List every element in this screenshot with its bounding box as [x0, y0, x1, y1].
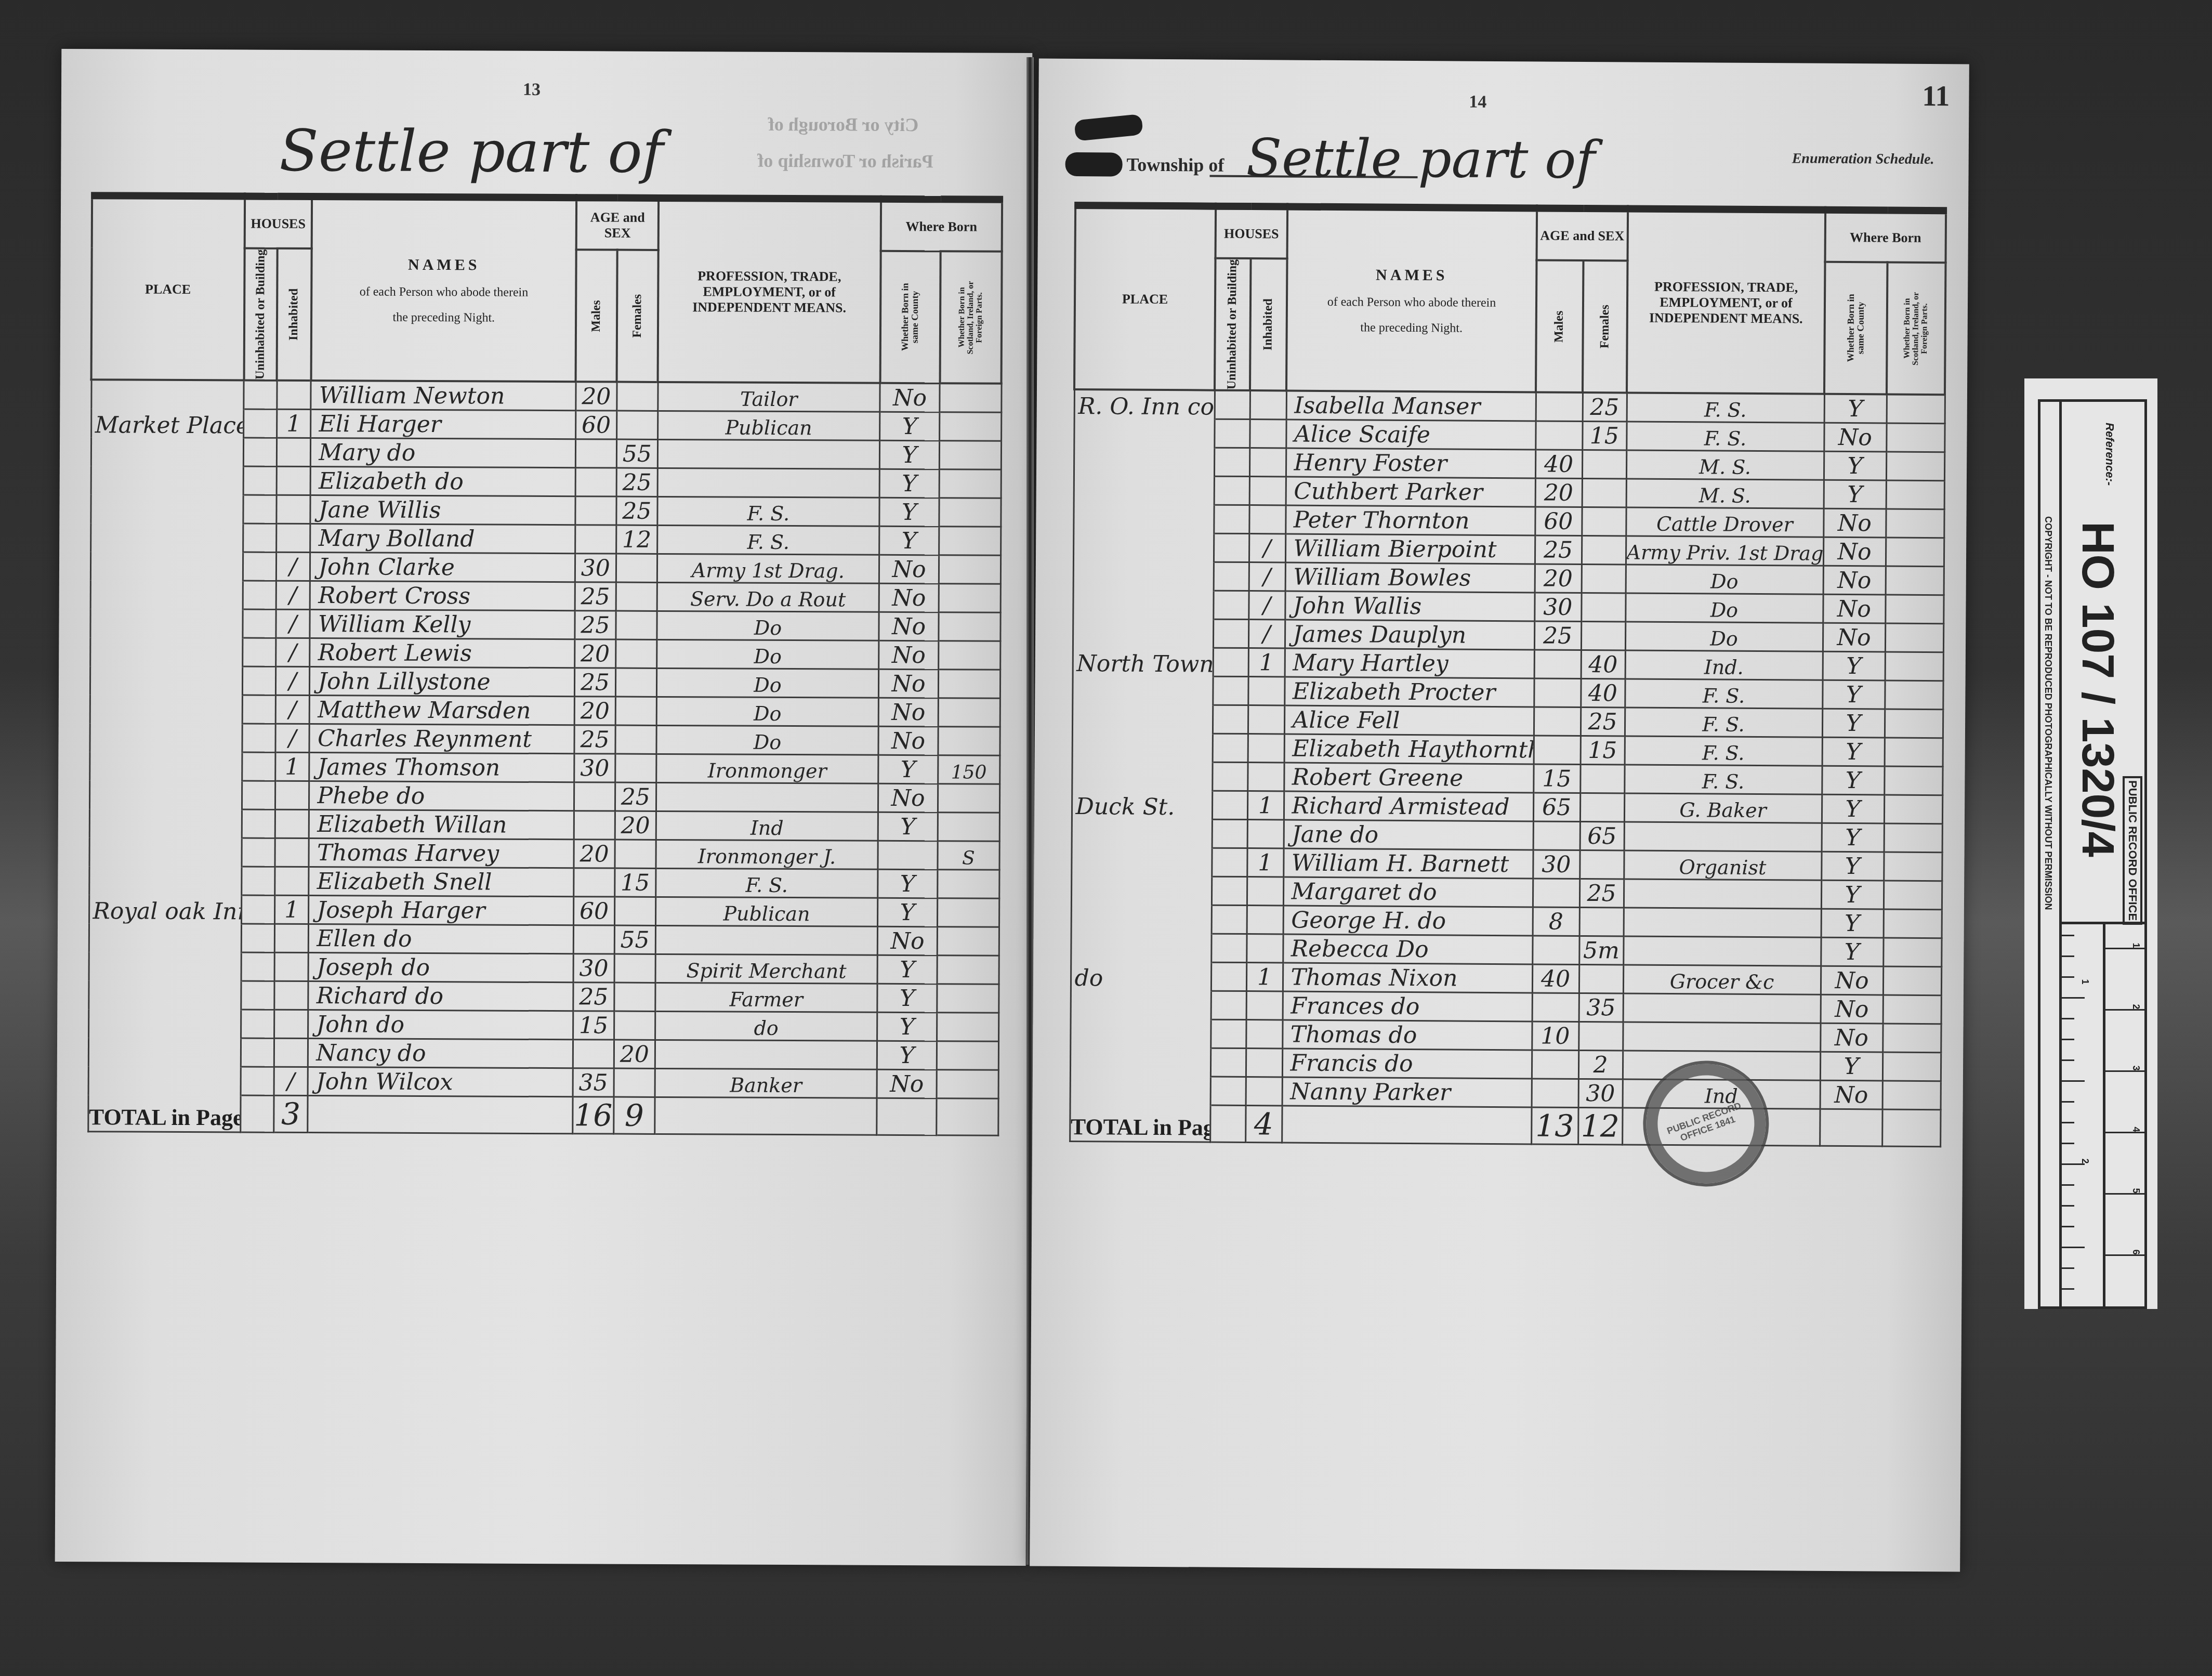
name-cell: Peter Thornton — [1285, 505, 1535, 535]
born-elsewhere-cell — [1885, 595, 1943, 624]
table-row: North Town End1Mary Hartley40Ind.Y — [1073, 647, 1943, 681]
scale-tick — [2061, 1267, 2074, 1269]
born-elsewhere-cell — [1884, 909, 1942, 938]
place-cell — [89, 866, 242, 895]
table-row: Jane do65Y — [1072, 819, 1942, 853]
profession-cell: F. S. — [1625, 708, 1822, 737]
males-cell: 20 — [1535, 564, 1582, 593]
inhabited-cell — [1248, 734, 1284, 763]
table-row: Elizabeth Procter40F. S.Y — [1072, 676, 1943, 710]
males-cell: 20 — [574, 840, 615, 868]
inhabited-cell: / — [275, 667, 310, 696]
inhabited-cell — [1248, 677, 1284, 705]
born-elsewhere-cell — [1885, 680, 1943, 710]
inhabited-cell — [276, 438, 311, 467]
table-row: Elizabeth do25Y — [91, 466, 1001, 499]
females-cell — [616, 611, 657, 639]
inhabited-cell: 1 — [1247, 791, 1284, 820]
born-elsewhere-cell — [1882, 1024, 1941, 1053]
born-county-cell: Y — [1822, 766, 1884, 795]
uninhabited-cell — [1212, 876, 1247, 905]
males-cell — [573, 1040, 614, 1068]
total-uninhabited — [241, 1095, 274, 1132]
females-cell — [616, 639, 657, 668]
header-born-county: Whether Born in same County — [880, 251, 940, 384]
born-county-cell: Y — [1822, 680, 1885, 710]
place-cell — [1071, 847, 1212, 877]
born-elsewhere-cell — [939, 584, 1000, 613]
females-cell — [1579, 965, 1623, 994]
left-page: 13 Settle part of City or Borough of Par… — [55, 49, 1033, 1566]
males-cell — [575, 439, 616, 468]
born-county-cell: Y — [877, 955, 937, 985]
redaction-mark — [1065, 152, 1122, 177]
uninhabited-cell — [1210, 1019, 1246, 1048]
males-cell: 25 — [575, 611, 616, 639]
born-elsewhere-cell — [1886, 423, 1944, 452]
place-cell — [1072, 704, 1213, 734]
born-elsewhere-cell — [1886, 538, 1944, 567]
table-row: Thomas do10No — [1070, 1019, 1941, 1053]
name-cell: Charles Reynment — [309, 724, 574, 754]
name-cell: William Bierpoint — [1285, 534, 1535, 564]
scale-tick — [2061, 1247, 2085, 1248]
schedule-label: Enumeration Schedule. — [1792, 150, 1934, 168]
table-row: Frances do35No — [1071, 990, 1941, 1024]
males-cell: 20 — [576, 382, 617, 411]
scale-tick — [2061, 1039, 2074, 1040]
born-county-cell: No — [1821, 966, 1883, 996]
profession-cell — [657, 468, 880, 498]
born-county-cell: Y — [1824, 480, 1886, 509]
header-place: PLACE — [91, 195, 245, 381]
table-row: Jane Willis25F. S.Y — [90, 494, 1000, 527]
scale-cm-label: 3 — [2130, 1065, 2141, 1070]
inhabited-cell: / — [1248, 591, 1285, 620]
males-cell: 25 — [574, 668, 615, 697]
uninhabited-cell — [244, 409, 277, 438]
copyright-notice: COPYRIGHT - NOT TO BE REPRODUCED PHOTOGR… — [2043, 516, 2053, 910]
place-cell — [91, 380, 244, 410]
born-county-cell: No — [879, 555, 939, 584]
table-row: Elizabeth Haythornthwaite15F. S.Y — [1072, 733, 1943, 767]
table-row: 1William H. Barnett30OrganistY — [1071, 847, 1942, 881]
page-number: 13 — [523, 80, 541, 100]
profession-cell: Ironmonger J. — [656, 840, 878, 870]
born-elsewhere-cell — [939, 555, 1000, 584]
place-cell — [89, 723, 242, 752]
profession-cell: F. S. — [657, 526, 879, 555]
profession-cell — [1624, 822, 1822, 852]
males-cell — [1533, 821, 1580, 850]
name-cell: William H. Barnett — [1283, 848, 1533, 879]
header-males: Males — [576, 250, 617, 382]
males-cell — [1534, 707, 1581, 736]
males-cell: 60 — [576, 411, 617, 439]
inhabited-cell: / — [276, 553, 310, 581]
uninhabited-cell — [1214, 505, 1249, 533]
table-row: /Robert Lewis20DoNo — [90, 637, 1000, 670]
males-cell: 60 — [1535, 507, 1582, 536]
males-cell — [574, 811, 615, 840]
folio-number: 11 — [1922, 80, 1950, 113]
males-cell: 30 — [573, 954, 614, 983]
born-county-cell: No — [879, 641, 939, 670]
males-cell — [1536, 392, 1583, 422]
males-cell: 40 — [1535, 450, 1582, 479]
born-elsewhere-cell — [1884, 766, 1942, 795]
born-county-cell: Y — [1822, 823, 1884, 853]
name-cell: Francis do — [1282, 1049, 1532, 1079]
born-county-cell: Y — [877, 1013, 937, 1042]
born-elsewhere-cell — [939, 612, 1000, 641]
males-cell — [1534, 650, 1581, 679]
profession-cell: do — [655, 1012, 877, 1041]
header-where-born: Where Born — [1825, 210, 1946, 263]
name-cell: Robert Greene — [1284, 763, 1533, 793]
name-cell: Margaret do — [1283, 877, 1533, 907]
born-elsewhere-cell — [938, 784, 1000, 813]
males-cell: 30 — [574, 754, 615, 782]
profession-cell: Ind — [656, 811, 878, 841]
scale-tick — [2061, 955, 2074, 957]
inhabited-cell: 1 — [1247, 848, 1283, 877]
scale-tick — [2061, 1143, 2074, 1144]
name-cell: Thomas Harvey — [309, 839, 574, 868]
males-cell: 25 — [573, 983, 614, 1011]
born-county-cell: Y — [879, 498, 939, 527]
name-cell: Alice Scaife — [1286, 420, 1535, 450]
uninhabited-cell — [243, 552, 276, 581]
born-elsewhere-cell — [1883, 938, 1941, 967]
table-row: /William Kelly25DoNo — [90, 609, 1000, 641]
scale-tick — [2061, 1288, 2074, 1290]
name-cell: Eli Harger — [311, 410, 576, 439]
scale-tick — [2061, 1101, 2074, 1103]
name-cell: John do — [308, 1010, 573, 1040]
header-females: Females — [1583, 260, 1628, 393]
names-subtitle: of each Person who abode therein — [1288, 295, 1535, 310]
scale-tick — [2061, 1018, 2074, 1019]
uninhabited-cell — [1213, 676, 1248, 705]
table-row: Richard do25FarmerY — [88, 980, 998, 1013]
table-row: Royal oak Inn1Joseph Harger60PublicanY — [89, 895, 999, 927]
total-row: TOTAL in Page 1441312 — [1070, 1105, 1940, 1147]
table-row: /William Bowles20DoNo — [1073, 561, 1944, 595]
names-title: NAMES — [1288, 266, 1535, 285]
born-county-cell: Y — [878, 870, 938, 899]
born-county-cell: No — [1823, 566, 1886, 595]
born-elsewhere-cell: 150 — [938, 755, 1000, 784]
profession-cell: Army 1st Drag. — [657, 554, 879, 584]
inhabited-cell — [277, 381, 311, 410]
place-cell — [1073, 504, 1214, 534]
uninhabited-cell — [1214, 562, 1249, 591]
names-subtitle: the preceding Night. — [1288, 320, 1535, 336]
born-elsewhere-cell — [1884, 823, 1942, 853]
name-cell: William Bowles — [1285, 562, 1535, 593]
inhabited-cell — [1249, 448, 1286, 477]
born-county-cell: Y — [1824, 394, 1887, 423]
born-elsewhere-cell — [1885, 623, 1943, 652]
born-county-cell: Y — [880, 412, 940, 441]
uninhabited-cell — [243, 495, 276, 523]
females-cell — [1578, 1022, 1623, 1051]
females-cell — [1580, 793, 1624, 822]
name-cell: John Clarke — [310, 553, 575, 582]
reference-card-frame: Reference:- HO 107 / 1320/4 PUBLIC RECOR… — [2038, 399, 2147, 1309]
uninhabited-cell — [243, 466, 276, 495]
born-elsewhere-cell — [938, 870, 999, 899]
females-cell: 35 — [1579, 993, 1623, 1023]
table-row: Alice Scaife15F. S.No — [1074, 418, 1944, 452]
header-names: NAMES of each Person who abode therein t… — [311, 197, 577, 382]
profession-cell — [1623, 1022, 1820, 1052]
females-cell — [615, 754, 656, 782]
born-county-cell: Y — [1822, 795, 1884, 824]
name-cell: Henry Foster — [1286, 448, 1535, 478]
place-cell — [1073, 619, 1213, 648]
place-cell — [89, 809, 242, 838]
profession-cell — [1624, 908, 1821, 937]
table-row: Duck St.1Richard Armistead65G. BakerY — [1072, 790, 1942, 824]
born-elsewhere-cell — [1886, 480, 1944, 509]
total-males: 16 — [573, 1097, 614, 1134]
males-cell — [573, 925, 614, 954]
uninhabited-cell — [242, 838, 275, 867]
males-cell — [575, 525, 616, 554]
inhabited-cell — [274, 867, 309, 896]
inhabited-cell: / — [1249, 534, 1285, 562]
males-cell: 20 — [574, 697, 615, 725]
header-houses: HOUSES — [1216, 206, 1288, 259]
uninhabited-cell — [1211, 962, 1246, 991]
scale-inch-label: 2 — [2079, 1158, 2090, 1163]
born-county-cell: No — [878, 670, 938, 699]
inhabited-cell: / — [275, 638, 310, 667]
uninhabited-cell — [241, 1010, 274, 1038]
males-cell: 60 — [573, 897, 614, 925]
uninhabited-cell — [241, 924, 274, 952]
scale-tick — [2061, 1226, 2074, 1227]
males-cell — [1532, 1079, 1578, 1108]
name-cell: Alice Fell — [1284, 705, 1534, 736]
total-born-county — [1820, 1109, 1882, 1147]
name-cell: Elizabeth Procter — [1284, 677, 1534, 707]
uninhabited-cell — [1213, 591, 1248, 619]
born-county-cell: No — [1823, 509, 1886, 538]
born-elsewhere-cell — [938, 813, 999, 842]
inhabited-cell — [1249, 505, 1285, 534]
females-cell: 5m — [1579, 936, 1623, 965]
males-cell: 25 — [574, 725, 615, 754]
bleed-through-text: City or Borough of — [768, 113, 919, 136]
place-cell — [1072, 762, 1212, 791]
profession-cell: Do — [1626, 565, 1823, 594]
inhabited-cell — [1247, 906, 1283, 934]
table-row: Peter Thornton60Cattle DroverNo — [1073, 504, 1944, 538]
females-cell: 25 — [1583, 392, 1627, 422]
uninhabited-cell — [1211, 991, 1246, 1019]
total-label: TOTAL in Page 14 — [1070, 1105, 1210, 1143]
total-females: 9 — [614, 1097, 655, 1134]
total-inhabited: 4 — [1245, 1106, 1282, 1143]
header-uninhabited: Uninhabited or Building — [244, 248, 278, 381]
place-cell: Market Place Naked Man Inn. — [91, 409, 244, 438]
place-cell: Duck St. — [1072, 790, 1212, 820]
females-cell: 20 — [614, 1040, 655, 1068]
total-females: 12 — [1578, 1108, 1622, 1145]
name-cell: Richard do — [308, 981, 573, 1011]
place-cell — [88, 1038, 241, 1067]
township-label: Township of — [1127, 154, 1224, 176]
place-cell — [89, 952, 242, 981]
females-cell: 55 — [616, 439, 657, 468]
table-row: 1James Thomson30IronmongerY150 — [89, 752, 999, 784]
inhabited-cell: 1 — [1246, 963, 1283, 991]
table-row: Mary Bolland12F. S.Y — [90, 523, 1000, 556]
scale-tick — [2061, 1059, 2074, 1061]
name-cell: Elizabeth Willan — [309, 810, 574, 840]
born-elsewhere-cell — [1883, 966, 1941, 996]
place-cell — [1074, 447, 1214, 477]
inhabited-cell — [275, 839, 309, 867]
males-cell: 8 — [1533, 907, 1579, 936]
inhabited-cell — [1246, 1049, 1282, 1077]
uninhabited-cell — [244, 381, 277, 410]
females-cell — [615, 840, 656, 868]
table-row: Thomas Harvey20Ironmonger J.S — [89, 837, 999, 870]
profession-cell: F. S. — [1625, 736, 1822, 766]
header-place: PLACE — [1074, 205, 1216, 390]
born-county-cell: No — [1821, 995, 1883, 1024]
table-row: Francis do2Y — [1070, 1047, 1941, 1081]
scale-cm-label: 2 — [2130, 1004, 2141, 1009]
profession-cell: Grocer &c — [1623, 965, 1821, 994]
scale-inch-label: 1 — [2079, 979, 2090, 984]
header-inhabited: Inhabited — [277, 248, 312, 381]
profession-cell: F. S. — [655, 869, 878, 898]
born-elsewhere-cell — [939, 469, 1001, 499]
uninhabited-cell — [241, 981, 274, 1010]
females-cell: 25 — [616, 468, 657, 496]
uninhabited-cell — [243, 638, 276, 666]
females-cell: 65 — [1580, 822, 1624, 851]
table-row: /William Bierpoint25Army Priv. 1st Drago… — [1073, 533, 1944, 567]
females-cell: 40 — [1581, 650, 1625, 679]
males-cell — [1532, 993, 1579, 1022]
place-cell — [90, 552, 243, 581]
born-elsewhere-cell — [937, 955, 999, 985]
place-cell — [89, 923, 242, 952]
total-inhabited: 3 — [273, 1096, 308, 1133]
uninhabited-cell — [241, 1038, 274, 1067]
inhabited-cell: / — [1249, 562, 1285, 591]
uninhabited-cell — [1210, 1048, 1246, 1077]
born-elsewhere-cell — [939, 670, 1000, 699]
males-cell — [1534, 678, 1581, 708]
inhabited-cell — [1246, 1020, 1282, 1049]
table-row: Nancy do20Y — [88, 1038, 998, 1070]
scale-tick — [2061, 1184, 2074, 1186]
name-cell: Thomas Nixon — [1283, 963, 1532, 993]
table-row: Cuthbert Parker20M. S.Y — [1074, 476, 1944, 509]
inhabited-cell — [1249, 477, 1286, 505]
profession-cell: Do — [656, 697, 879, 727]
males-cell: 20 — [575, 639, 616, 668]
inhabited-cell — [1246, 934, 1283, 963]
born-county-cell: Y — [879, 527, 939, 556]
name-cell: John Wilcox — [308, 1067, 573, 1097]
place-cell — [1074, 476, 1214, 505]
males-cell — [1535, 421, 1582, 450]
born-county-cell: Y — [878, 813, 938, 842]
females-cell — [1582, 565, 1626, 594]
females-cell — [1579, 908, 1624, 937]
table-row: /John Lillystone25DoNo — [90, 666, 1000, 699]
names-subtitle: the preceding Night. — [312, 310, 575, 325]
place-cell — [90, 666, 243, 695]
table-row: Ellen do55No — [89, 923, 999, 956]
females-cell — [1581, 593, 1625, 622]
profession-cell — [1623, 936, 1821, 966]
header-where-born: Where Born — [880, 199, 1002, 252]
males-cell — [1533, 879, 1579, 908]
males-cell — [575, 468, 616, 496]
females-cell: 25 — [1581, 708, 1625, 737]
born-elsewhere-cell — [1886, 566, 1944, 595]
uninhabited-cell — [242, 809, 275, 838]
place-cell — [90, 609, 243, 638]
scale-tick — [2061, 976, 2074, 978]
header-males: Males — [1536, 260, 1584, 392]
females-cell — [1582, 507, 1626, 536]
place-cell — [91, 466, 244, 495]
females-cell: 40 — [1581, 679, 1625, 708]
profession-cell: Ironmonger — [656, 754, 878, 784]
bleed-through-text: Parish or Township of — [757, 150, 933, 172]
born-elsewhere-cell — [1882, 1081, 1941, 1110]
name-cell: Matthew Marsden — [310, 696, 575, 725]
header-born-elsewhere: Whether Born in Scotland, Ireland, or Fo… — [940, 251, 1002, 384]
table-row: Elizabeth Snell15F. S.Y — [89, 866, 999, 899]
profession-cell — [1623, 993, 1821, 1023]
place-cell — [90, 494, 243, 523]
total-born-elsewhere — [937, 1098, 998, 1136]
profession-cell: Do — [656, 640, 879, 670]
born-elsewhere-cell — [1884, 852, 1942, 881]
inhabited-cell — [1246, 1077, 1282, 1106]
born-elsewhere-cell — [1884, 881, 1942, 910]
header-uninhabited: Uninhabited or Building — [1215, 258, 1251, 391]
males-cell: 10 — [1532, 1022, 1578, 1051]
males-cell: 30 — [575, 554, 616, 582]
inhabited-cell — [276, 495, 311, 524]
profession-cell: G. Baker — [1624, 793, 1822, 823]
inhabited-cell — [274, 953, 309, 981]
table-row: William Newton20TailorNo — [91, 380, 1001, 413]
inhabited-cell — [1246, 991, 1283, 1020]
profession-cell: Ind. — [1625, 650, 1823, 680]
table-row: Market Place Naked Man Inn.1Eli Harger60… — [91, 409, 1001, 441]
name-cell: Elizabeth do — [311, 467, 576, 496]
inhabited-cell — [1250, 390, 1286, 420]
table-row: /Charles Reynment25DoNo — [89, 723, 999, 756]
born-county-cell: Y — [1823, 652, 1885, 681]
name-cell: Cuthbert Parker — [1286, 477, 1535, 507]
place-cell — [90, 637, 243, 666]
table-row: Henry Foster40M. S.Y — [1074, 447, 1944, 481]
